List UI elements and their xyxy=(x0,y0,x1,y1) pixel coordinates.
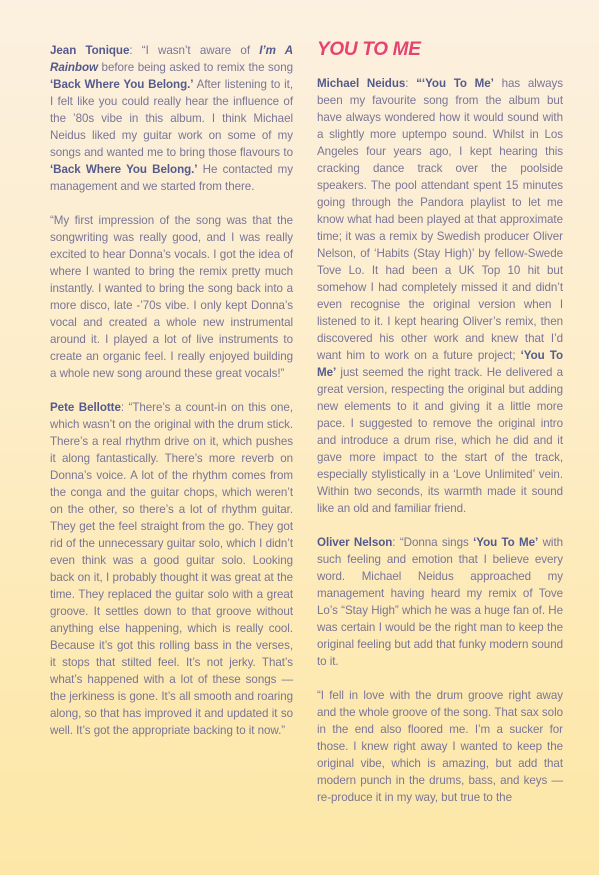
quote-text: “My first impression of the song was tha… xyxy=(50,214,293,380)
quote-text: “I fell in love with the drum groove rig… xyxy=(317,689,563,804)
song-title: ‘Back Where You Belong.’ xyxy=(50,78,193,91)
speaker-name: Michael Neidus xyxy=(317,77,405,90)
quote-text: “Donna sings xyxy=(400,536,473,549)
speaker-colon: : xyxy=(129,44,141,57)
speaker-name: Pete Bellotte xyxy=(50,401,121,414)
song-title: “‘You To Me’ xyxy=(416,77,494,90)
quote-text: with such feeling and emotion that I bel… xyxy=(317,536,563,668)
left-column: Jean Tonique: “I wasn’t aware of I’m A R… xyxy=(50,42,293,756)
speaker-colon: : xyxy=(121,401,129,414)
pete-bellotte-paragraph: Pete Bellotte: “There’s a count-in on th… xyxy=(50,399,293,739)
song-title: ‘Back Where You Belong.’ xyxy=(50,163,197,176)
oliver-nelson-quote-continued: “I fell in love with the drum groove rig… xyxy=(317,687,563,806)
song-title: ‘You To Me’ xyxy=(473,536,538,549)
speaker-name: Jean Tonique xyxy=(50,44,129,57)
quote-text: has always been my favourite song from t… xyxy=(317,77,563,362)
quote-text: “I wasn’t aware of xyxy=(142,44,259,57)
quote-text: “There’s a count-in on this one, which w… xyxy=(50,401,293,737)
jean-tonique-quote-continued: “My first impression of the song was tha… xyxy=(50,212,293,382)
speaker-colon: : xyxy=(405,77,416,90)
michael-neidus-paragraph: Michael Neidus: “‘You To Me’ has always … xyxy=(317,75,563,517)
quote-text: just seemed the right track. He delivere… xyxy=(317,366,563,515)
oliver-nelson-paragraph: Oliver Nelson: “Donna sings ‘You To Me’ … xyxy=(317,534,563,670)
quote-text: before being asked to remix the song xyxy=(98,61,293,74)
section-title: YOU TO ME xyxy=(317,40,563,60)
magazine-page: Jean Tonique: “I wasn’t aware of I’m A R… xyxy=(0,0,599,875)
jean-tonique-paragraph: Jean Tonique: “I wasn’t aware of I’m A R… xyxy=(50,42,293,195)
speaker-name: Oliver Nelson xyxy=(317,536,392,549)
speaker-colon: : xyxy=(392,536,400,549)
right-column: YOU TO ME Michael Neidus: “‘You To Me’ h… xyxy=(317,42,563,823)
